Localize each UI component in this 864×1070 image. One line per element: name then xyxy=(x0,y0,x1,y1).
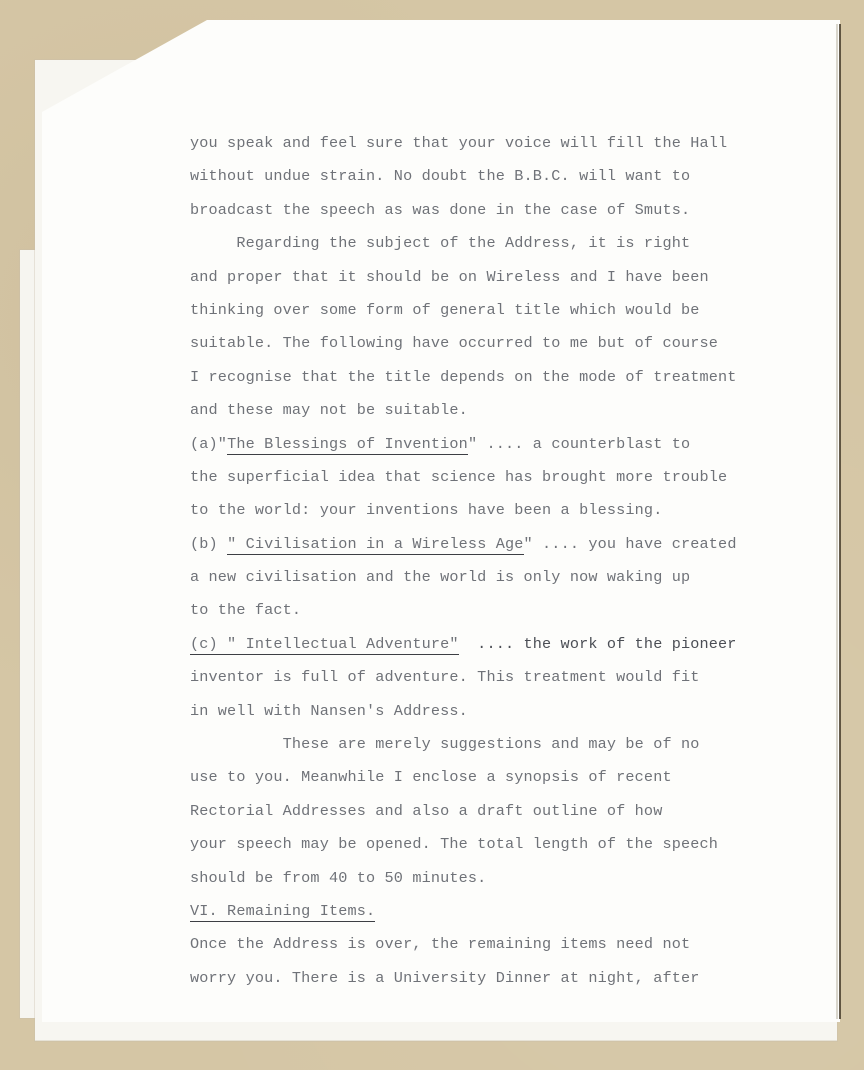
text-line: suitable. The following have occurred to… xyxy=(190,331,810,364)
option-a-line: (a)"The Blessings of Invention" .... a c… xyxy=(190,432,810,465)
typed-letter-body: you speak and feel sure that your voice … xyxy=(190,131,810,999)
text-line: without undue strain. No doubt the B.B.C… xyxy=(190,164,810,197)
text-line: in well with Nansen's Address. xyxy=(190,699,810,732)
text-line: Once the Address is over, the remaining … xyxy=(190,932,810,965)
option-b-description: " .... you have created xyxy=(524,535,737,553)
text-line: a new civilisation and the world is only… xyxy=(190,565,810,598)
text-line: should be from 40 to 50 minutes. xyxy=(190,866,810,899)
section-heading-line: VI. Remaining Items. xyxy=(190,899,810,932)
text-line: Rectorial Addresses and also a draft out… xyxy=(190,799,810,832)
text-line: the superficial idea that science has br… xyxy=(190,465,810,498)
text-line: to the world: your inventions have been … xyxy=(190,498,810,531)
section-heading: VI. Remaining Items. xyxy=(190,902,375,922)
text-line: broadcast the speech as was done in the … xyxy=(190,198,810,231)
text-line: I recognise that the title depends on th… xyxy=(190,365,810,398)
option-b-label: (b) xyxy=(190,535,227,553)
page-edge-highlight xyxy=(836,24,838,1019)
text-line: you speak and feel sure that your voice … xyxy=(190,131,810,164)
text-line: to the fact. xyxy=(190,598,810,631)
paragraph-start-line: These are merely suggestions and may be … xyxy=(190,732,810,765)
paragraph-start-line: Regarding the subject of the Address, it… xyxy=(190,231,810,264)
option-a-label: (a)" xyxy=(190,435,227,453)
text-line: and proper that it should be on Wireless… xyxy=(190,265,810,298)
text-line: thinking over some form of general title… xyxy=(190,298,810,331)
option-a-title: The Blessings of Invention xyxy=(227,435,468,455)
page-edge-shadow xyxy=(839,24,841,1019)
option-b-line: (b) " Civilisation in a Wireless Age" ..… xyxy=(190,532,810,565)
text-line: inventor is full of adventure. This trea… xyxy=(190,665,810,698)
option-c-title: (c) " Intellectual Adventure" xyxy=(190,635,459,655)
text-line: and these may not be suitable. xyxy=(190,398,810,431)
option-a-description: " .... a counterblast to xyxy=(468,435,690,453)
text-line: use to you. Meanwhile I enclose a synops… xyxy=(190,765,810,798)
text-line: worry you. There is a University Dinner … xyxy=(190,966,810,999)
option-c-description: .... the work of the pioneer xyxy=(459,635,737,653)
option-b-title: " Civilisation in a Wireless Age xyxy=(227,535,523,555)
option-c-line: (c) " Intellectual Adventure" .... the w… xyxy=(190,632,810,665)
text-line: your speech may be opened. The total len… xyxy=(190,832,810,865)
